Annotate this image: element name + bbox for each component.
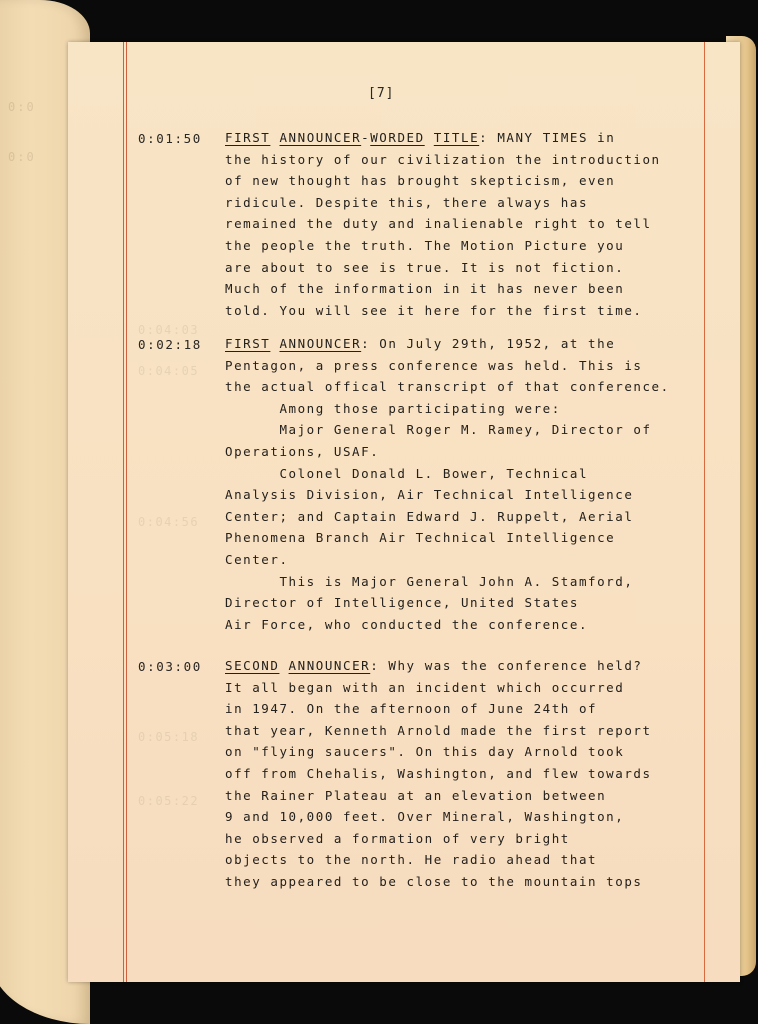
- speaker-label: ANNOUNCER: [289, 658, 371, 673]
- speaker-line: FIRST ANNOUNCER-WORDED TITLE: MANY TIMES…: [225, 127, 615, 148]
- page-number: [7]: [368, 86, 394, 101]
- transcript-line: 9 and 10,000 feet. Over Mineral, Washing…: [225, 806, 624, 827]
- transcript-line: in 1947. On the afternoon of June 24th o…: [225, 698, 597, 719]
- transcript-line: Air Force, who conducted the conference.: [225, 614, 588, 635]
- show-through-text: 0:0: [8, 150, 36, 164]
- transcript-line: off from Chehalis, Washington, and flew …: [225, 763, 652, 784]
- transcript-line: the history of our civilization the intr…: [225, 149, 661, 170]
- timestamp: 0:03:00: [138, 659, 202, 674]
- speaker-line: SECOND ANNOUNCER: Why was the conference…: [225, 655, 643, 676]
- transcript-line: This is Major General John A. Stamford,: [225, 571, 633, 592]
- margin-rule-left-inner: [126, 42, 127, 982]
- transcript-line: he observed a formation of very bright: [225, 828, 570, 849]
- margin-rule-left: [123, 42, 124, 982]
- transcript-line: that year, Kenneth Arnold made the first…: [225, 720, 652, 741]
- document-page: 0:04:03 0:04:05 0:04:56 0:05:18 0:05:22 …: [68, 42, 740, 982]
- transcript-line: on "flying saucers". On this day Arnold …: [225, 741, 624, 762]
- transcript-line: It all began with an incident which occu…: [225, 677, 624, 698]
- show-through-text: 0:0: [8, 100, 36, 114]
- transcript-line: Much of the information in it has never …: [225, 278, 624, 299]
- transcript-line: told. You will see it here for the first…: [225, 300, 642, 321]
- speaker-label: FIRST: [225, 130, 270, 145]
- show-through-text: 0:05:18: [138, 730, 199, 744]
- margin-rule-right: [704, 42, 705, 982]
- speaker-line: FIRST ANNOUNCER: On July 29th, 1952, at …: [225, 333, 615, 354]
- show-through-text: 0:04:03: [138, 323, 199, 337]
- speaker-label: WORDED: [370, 130, 424, 145]
- speaker-label: FIRST: [225, 336, 270, 351]
- transcript-line: Center; and Captain Edward J. Ruppelt, A…: [225, 506, 633, 527]
- transcript-line: Analysis Division, Air Technical Intelli…: [225, 484, 633, 505]
- transcript-line: Operations, USAF.: [225, 441, 379, 462]
- show-through-text: 0:04:05: [138, 364, 199, 378]
- transcript-line: Director of Intelligence, United States: [225, 592, 579, 613]
- transcript-line: objects to the north. He radio ahead tha…: [225, 849, 597, 870]
- transcript-line: Among those participating were:: [225, 398, 561, 419]
- transcript-line: Major General Roger M. Ramey, Director o…: [225, 419, 652, 440]
- transcript-line: Center.: [225, 549, 289, 570]
- speaker-label: ANNOUNCER: [279, 130, 361, 145]
- transcript-line: remained the duty and inalienable right …: [225, 213, 652, 234]
- transcript-line: Pentagon, a press conference was held. T…: [225, 355, 642, 376]
- transcript-line: the actual offical transcript of that co…: [225, 376, 670, 397]
- transcript-line: the Rainer Plateau at an elevation betwe…: [225, 785, 606, 806]
- transcript-line: the people the truth. The Motion Picture…: [225, 235, 624, 256]
- transcript-line: ridicule. Despite this, there always has: [225, 192, 588, 213]
- transcript-line: Phenomena Branch Air Technical Intellige…: [225, 527, 615, 548]
- speaker-label: ANNOUNCER: [279, 336, 361, 351]
- transcript-line: of new thought has brought skepticism, e…: [225, 170, 615, 191]
- transcript-line: are about to see is true. It is not fict…: [225, 257, 624, 278]
- timestamp: 0:02:18: [138, 337, 202, 352]
- transcript-line: Colonel Donald L. Bower, Technical: [225, 463, 588, 484]
- timestamp: 0:01:50: [138, 131, 202, 146]
- speaker-label: TITLE: [434, 130, 479, 145]
- show-through-text: 0:04:56: [138, 515, 199, 529]
- show-through-text: 0:05:22: [138, 794, 199, 808]
- speaker-label: SECOND: [225, 658, 279, 673]
- transcript-line: they appeared to be close to the mountai…: [225, 871, 642, 892]
